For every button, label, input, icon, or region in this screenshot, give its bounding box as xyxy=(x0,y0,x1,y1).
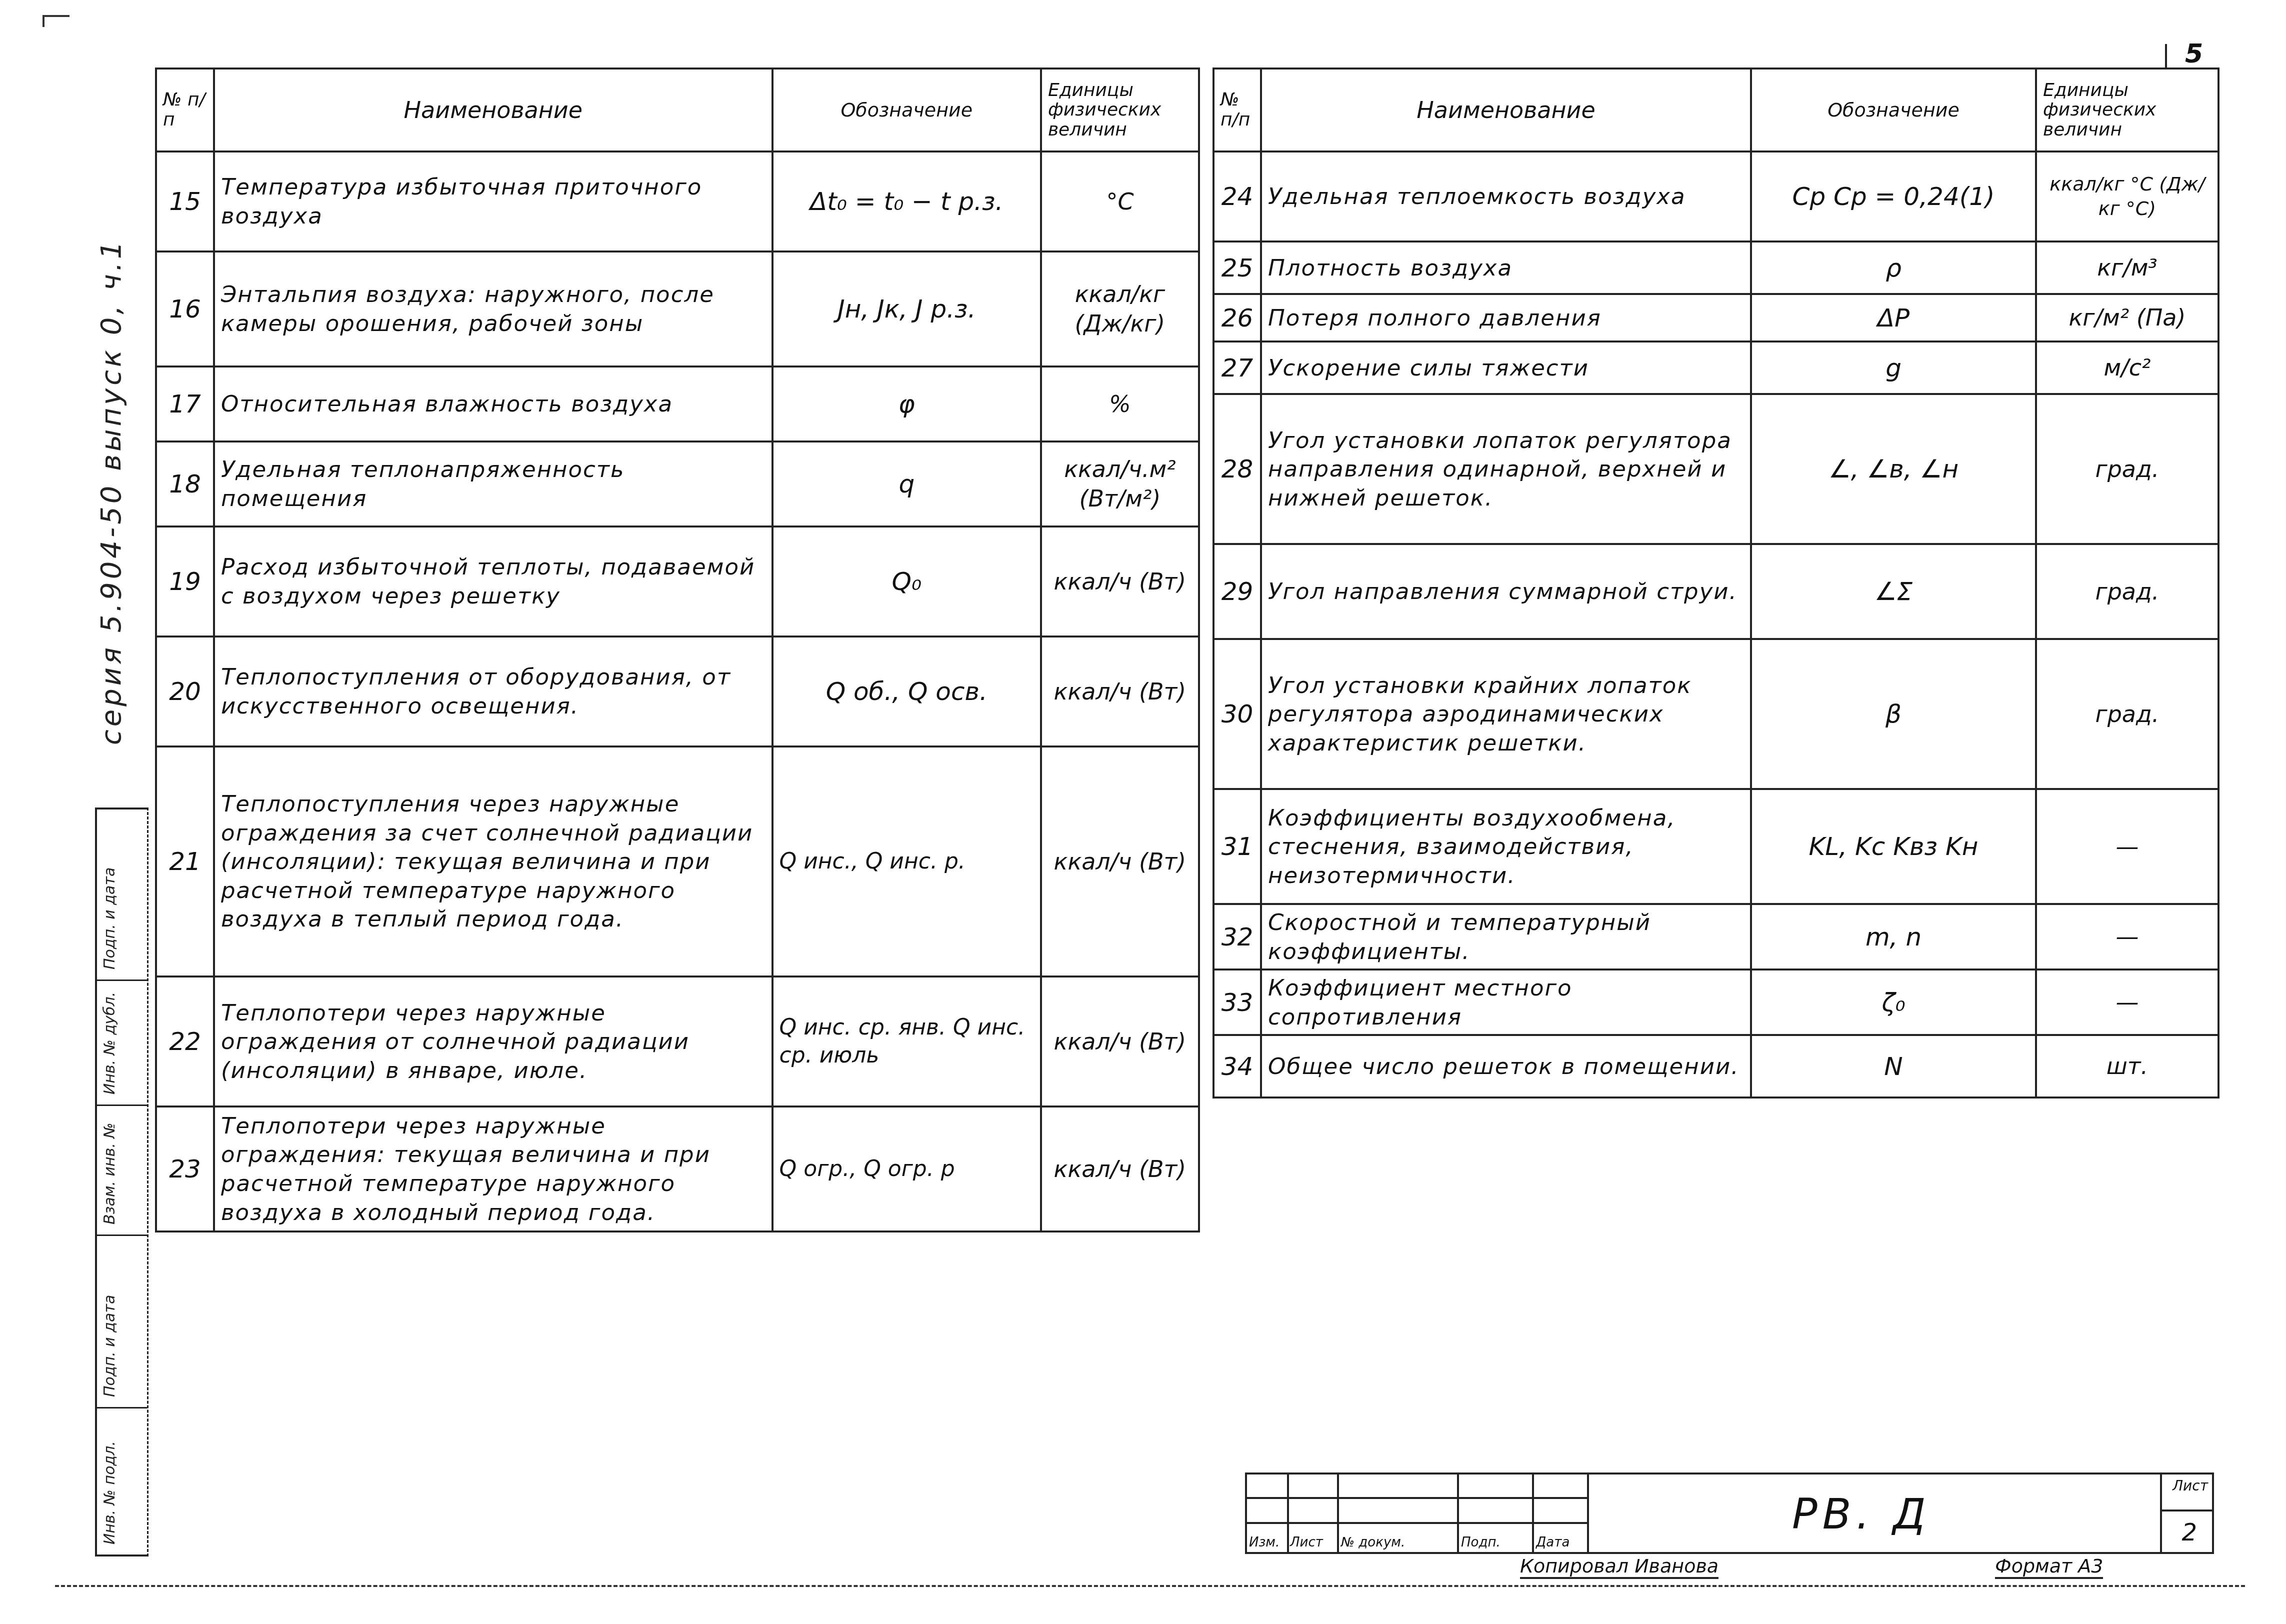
row-units: ккал/ч (Вт) xyxy=(1041,636,1199,746)
row-name: Общее число решеток в помещении. xyxy=(1261,1035,1751,1097)
row-symbol: Δt₀ = t₀ − t р.з. xyxy=(772,151,1041,251)
col-date: Дата xyxy=(1536,1535,1569,1550)
row-units: град. xyxy=(2036,394,2218,544)
row-units: м/с² xyxy=(2036,341,2218,394)
document-code: РВ. Д xyxy=(1792,1489,1930,1538)
table-row: 19 Расход избыточной теплоты, подаваемой… xyxy=(156,526,1199,636)
row-symbol: Cp Cp = 0,24(1) xyxy=(1751,151,2036,241)
col-sign: Подп. xyxy=(1461,1535,1500,1550)
col-doc: № докум. xyxy=(1341,1535,1405,1550)
table-row: 24 Удельная теплоемкость воздуха Cp Cp =… xyxy=(1213,151,2218,241)
row-units: ккал/кг (Дж/кг) xyxy=(1041,251,1199,366)
row-units: шт. xyxy=(2036,1035,2218,1097)
row-symbol: Q огр., Q огр. р xyxy=(772,1106,1041,1231)
row-num: 15 xyxy=(156,151,214,251)
table-row: 18 Удельная теплонапряженность помещения… xyxy=(156,441,1199,526)
table-row: 17 Относительная влажность воздуха φ % xyxy=(156,366,1199,441)
row-symbol: ∠, ∠в, ∠н xyxy=(1751,394,2036,544)
row-name: Теплопотери через наружные ограждения от… xyxy=(214,976,772,1106)
row-symbol: ∠Σ xyxy=(1751,544,2036,639)
row-symbol: q xyxy=(772,441,1041,526)
row-num: 32 xyxy=(1213,904,1261,969)
table-row: 20 Теплопоступления от оборудования, от … xyxy=(156,636,1199,746)
row-symbol: Q об., Q осв. xyxy=(772,636,1041,746)
table-row: 22 Теплопотери через наружные ограждения… xyxy=(156,976,1199,1106)
row-num: 28 xyxy=(1213,394,1261,544)
row-num: 27 xyxy=(1213,341,1261,394)
row-name: Удельная теплоемкость воздуха xyxy=(1261,151,1751,241)
margin-label: Взам. инв. № xyxy=(101,1224,118,1224)
row-num: 16 xyxy=(156,251,214,366)
margin-label: Инв. № дубл. xyxy=(101,1094,118,1094)
row-name: Удельная теплонапряженность помещения xyxy=(214,441,772,526)
row-units: — xyxy=(2036,904,2218,969)
notation-table-left: № п/п Наименование Обозначение Единицы ф… xyxy=(155,67,1200,1232)
table-row: 23 Теплопотери через наружные ограждения… xyxy=(156,1106,1199,1231)
row-name: Ускорение силы тяжести xyxy=(1261,341,1751,394)
row-num: 25 xyxy=(1213,241,1261,294)
row-name: Скоростной и температурный коэффициенты. xyxy=(1261,904,1751,969)
col-list: Лист xyxy=(1290,1535,1323,1550)
sheet-bottom-border xyxy=(55,1585,2245,1587)
header-num: № п/п xyxy=(1213,68,1261,151)
sheet-label: Лист xyxy=(2172,1477,2208,1494)
col-izm: Изм. xyxy=(1249,1535,1279,1550)
row-num: 26 xyxy=(1213,294,1261,341)
row-symbol: ζ₀ xyxy=(1751,969,2036,1035)
margin-label: Подп. и дата xyxy=(101,969,118,969)
row-units: — xyxy=(2036,789,2218,904)
row-symbol: Jн, Jк, J р.з. xyxy=(772,251,1041,366)
row-units: ккал/ч (Вт) xyxy=(1041,1106,1199,1231)
row-num: 29 xyxy=(1213,544,1261,639)
row-units: — xyxy=(2036,969,2218,1035)
table-row: 27 Ускорение силы тяжести g м/с² xyxy=(1213,341,2218,394)
row-num: 24 xyxy=(1213,151,1261,241)
row-name: Коэффициенты воздухообмена, стеснения, в… xyxy=(1261,789,1751,904)
row-name: Теплопотери через наружные ограждения: т… xyxy=(214,1106,772,1231)
row-symbol: Q инс., Q инс. р. xyxy=(772,746,1041,976)
table-row: 32 Скоростной и температурный коэффициен… xyxy=(1213,904,2218,969)
header-name: Наименование xyxy=(1261,68,1751,151)
header-num: № п/п xyxy=(156,68,214,151)
row-units: ккал/ч (Вт) xyxy=(1041,976,1199,1106)
row-num: 21 xyxy=(156,746,214,976)
row-num: 20 xyxy=(156,636,214,746)
row-num: 33 xyxy=(1213,969,1261,1035)
row-symbol: ρ xyxy=(1751,241,2036,294)
row-units: кг/м³ xyxy=(2036,241,2218,294)
row-name: Угол установки лопаток регулятора направ… xyxy=(1261,394,1751,544)
row-num: 30 xyxy=(1213,639,1261,789)
table-header-row: № п/п Наименование Обозначение Единицы ф… xyxy=(1213,68,2218,151)
margin-label: Подп. и дата xyxy=(101,1396,118,1397)
row-symbol: φ xyxy=(772,366,1041,441)
margin-label: Инв. № подл. xyxy=(101,1544,118,1544)
table-row: 15 Температура избыточная приточного воз… xyxy=(156,151,1199,251)
row-symbol: g xyxy=(1751,341,2036,394)
row-units: ккал/кг °C (Дж/кг °C) xyxy=(2036,151,2218,241)
row-units: % xyxy=(1041,366,1199,441)
row-name: Температура избыточная приточного воздух… xyxy=(214,151,772,251)
table-header-row: № п/п Наименование Обозначение Единицы ф… xyxy=(156,68,1199,151)
sheet-number: 2 xyxy=(2181,1518,2197,1546)
table-row: 33 Коэффициент местного сопротивления ζ₀… xyxy=(1213,969,2218,1035)
table-row: 26 Потеря полного давления ΔP кг/м² (Па) xyxy=(1213,294,2218,341)
table-row: 21 Теплопоступления через наружные ограж… xyxy=(156,746,1199,976)
header-units: Единицы физических величин xyxy=(1041,68,1199,151)
page-number: 5 xyxy=(2185,39,2203,69)
row-symbol: m, n xyxy=(1751,904,2036,969)
series-note: серия 5.904-50 выпуск 0, ч.1 xyxy=(95,238,127,745)
format-label: Формат А3 xyxy=(1995,1555,2103,1579)
row-name: Угол направления суммарной струи. xyxy=(1261,544,1751,639)
row-units: кг/м² (Па) xyxy=(2036,294,2218,341)
table-row: 29 Угол направления суммарной струи. ∠Σ … xyxy=(1213,544,2218,639)
row-units: ккал/ч (Вт) xyxy=(1041,746,1199,976)
row-units: °C xyxy=(1041,151,1199,251)
table-row: 31 Коэффициенты воздухообмена, стеснения… xyxy=(1213,789,2218,904)
row-num: 23 xyxy=(156,1106,214,1231)
row-num: 22 xyxy=(156,976,214,1106)
row-name: Относительная влажность воздуха xyxy=(214,366,772,441)
row-symbol: Q₀ xyxy=(772,526,1041,636)
corner-crop-mark xyxy=(42,15,69,27)
row-name: Плотность воздуха xyxy=(1261,241,1751,294)
header-symbol: Обозначение xyxy=(1751,68,2036,151)
margin-stamp-strip: Подп. и дата Инв. № дубл. Взам. инв. № П… xyxy=(95,807,148,1556)
row-units: ккал/ч (Вт) xyxy=(1041,526,1199,636)
row-name: Коэффициент местного сопротивления xyxy=(1261,969,1751,1035)
row-name: Угол установки крайних лопаток регулятор… xyxy=(1261,639,1751,789)
row-symbol: β xyxy=(1751,639,2036,789)
header-units: Единицы физических величин xyxy=(2036,68,2218,151)
row-num: 34 xyxy=(1213,1035,1261,1097)
row-units: град. xyxy=(2036,544,2218,639)
row-num: 19 xyxy=(156,526,214,636)
row-name: Теплопоступления от оборудования, от иск… xyxy=(214,636,772,746)
header-name: Наименование xyxy=(214,68,772,151)
row-units: ккал/ч.м² (Вт/м²) xyxy=(1041,441,1199,526)
table-row: 25 Плотность воздуха ρ кг/м³ xyxy=(1213,241,2218,294)
row-num: 18 xyxy=(156,441,214,526)
copied-by: Копировал Иванова xyxy=(1520,1555,1718,1579)
row-name: Потеря полного давления xyxy=(1261,294,1751,341)
row-symbol: N xyxy=(1751,1035,2036,1097)
notation-table-right: № п/п Наименование Обозначение Единицы ф… xyxy=(1212,67,2219,1098)
row-num: 31 xyxy=(1213,789,1261,904)
header-symbol: Обозначение xyxy=(772,68,1041,151)
row-units: град. xyxy=(2036,639,2218,789)
table-row: 16 Энтальпия воздуха: наружного, после к… xyxy=(156,251,1199,366)
revision-grid: Изм. Лист № докум. Подп. Дата xyxy=(1247,1474,1589,1552)
table-row: 34 Общее число решеток в помещении. N шт… xyxy=(1213,1035,2218,1097)
title-block: Изм. Лист № докум. Подп. Дата РВ. Д Лист… xyxy=(1245,1472,2214,1554)
row-name: Теплопоступления через наружные огражден… xyxy=(214,746,772,976)
table-row: 28 Угол установки лопаток регулятора нап… xyxy=(1213,394,2218,544)
row-symbol: Q инс. ср. янв. Q инс. ср. июль xyxy=(772,976,1041,1106)
row-num: 17 xyxy=(156,366,214,441)
table-row: 30 Угол установки крайних лопаток регуля… xyxy=(1213,639,2218,789)
row-symbol: KL, Kc Kвз Kн xyxy=(1751,789,2036,904)
row-name: Расход избыточной теплоты, подаваемой с … xyxy=(214,526,772,636)
row-name: Энтальпия воздуха: наружного, после каме… xyxy=(214,251,772,366)
row-symbol: ΔP xyxy=(1751,294,2036,341)
